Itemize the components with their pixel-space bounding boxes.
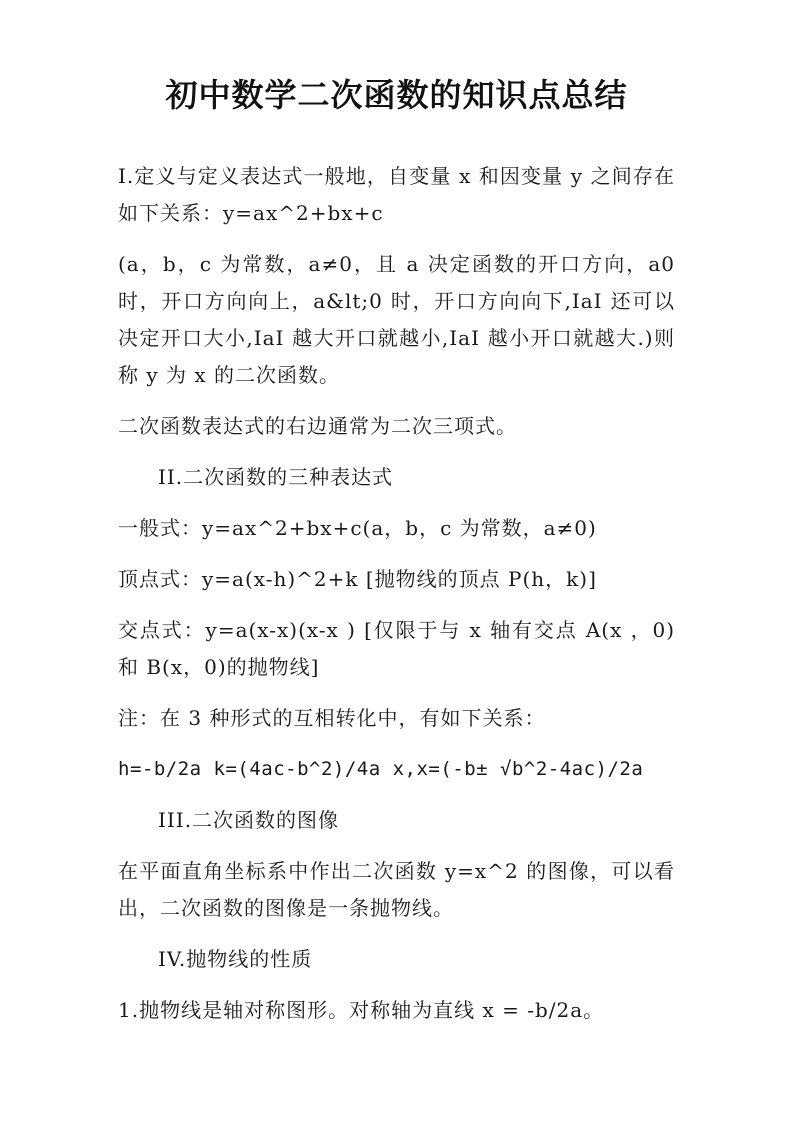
- paragraph-vertex-form: 顶点式：y=a(x-h)^2+k [抛物线的顶点 P(h，k)]: [118, 561, 675, 598]
- paragraph-general-form: 一般式：y=ax^2+bx+c(a，b，c 为常数，a≠0): [118, 510, 675, 547]
- formula-conversion-relations: h=-b/2a k=(4ac-b^2)/4a x,x=(-b± √b^2-4ac…: [118, 751, 675, 788]
- document-title: 初中数学二次函数的知识点总结: [118, 72, 675, 118]
- paragraph-definition: I.定义与定义表达式一般地，自变量 x 和因变量 y 之间存在如下关系：y=ax…: [118, 158, 675, 232]
- heading-section-iv: IV.抛物线的性质: [118, 941, 675, 978]
- document-page: 初中数学二次函数的知识点总结 I.定义与定义表达式一般地，自变量 x 和因变量 …: [0, 0, 793, 1122]
- paragraph-conversion-note: 注：在 3 种形式的互相转化中，有如下关系：: [118, 700, 675, 737]
- heading-section-iii: III.二次函数的图像: [118, 802, 675, 839]
- heading-section-ii: II.二次函数的三种表达式: [118, 459, 675, 496]
- paragraph-parabola-property-1: 1.抛物线是轴对称图形。对称轴为直线 x = -b/2a。: [118, 992, 675, 1029]
- paragraph-graph-description: 在平面直角坐标系中作出二次函数 y=x^2 的图像，可以看出，二次函数的图像是一…: [118, 853, 675, 927]
- paragraph-coefficients-note: (a，b，c 为常数，a≠0，且 a 决定函数的开口方向，a0 时，开口方向向上…: [118, 246, 675, 394]
- paragraph-intercept-form: 交点式：y=a(x-x)(x-x ) [仅限于与 x 轴有交点 A(x ，0)和…: [118, 612, 675, 686]
- paragraph-trinomial-note: 二次函数表达式的右边通常为二次三项式。: [118, 408, 675, 445]
